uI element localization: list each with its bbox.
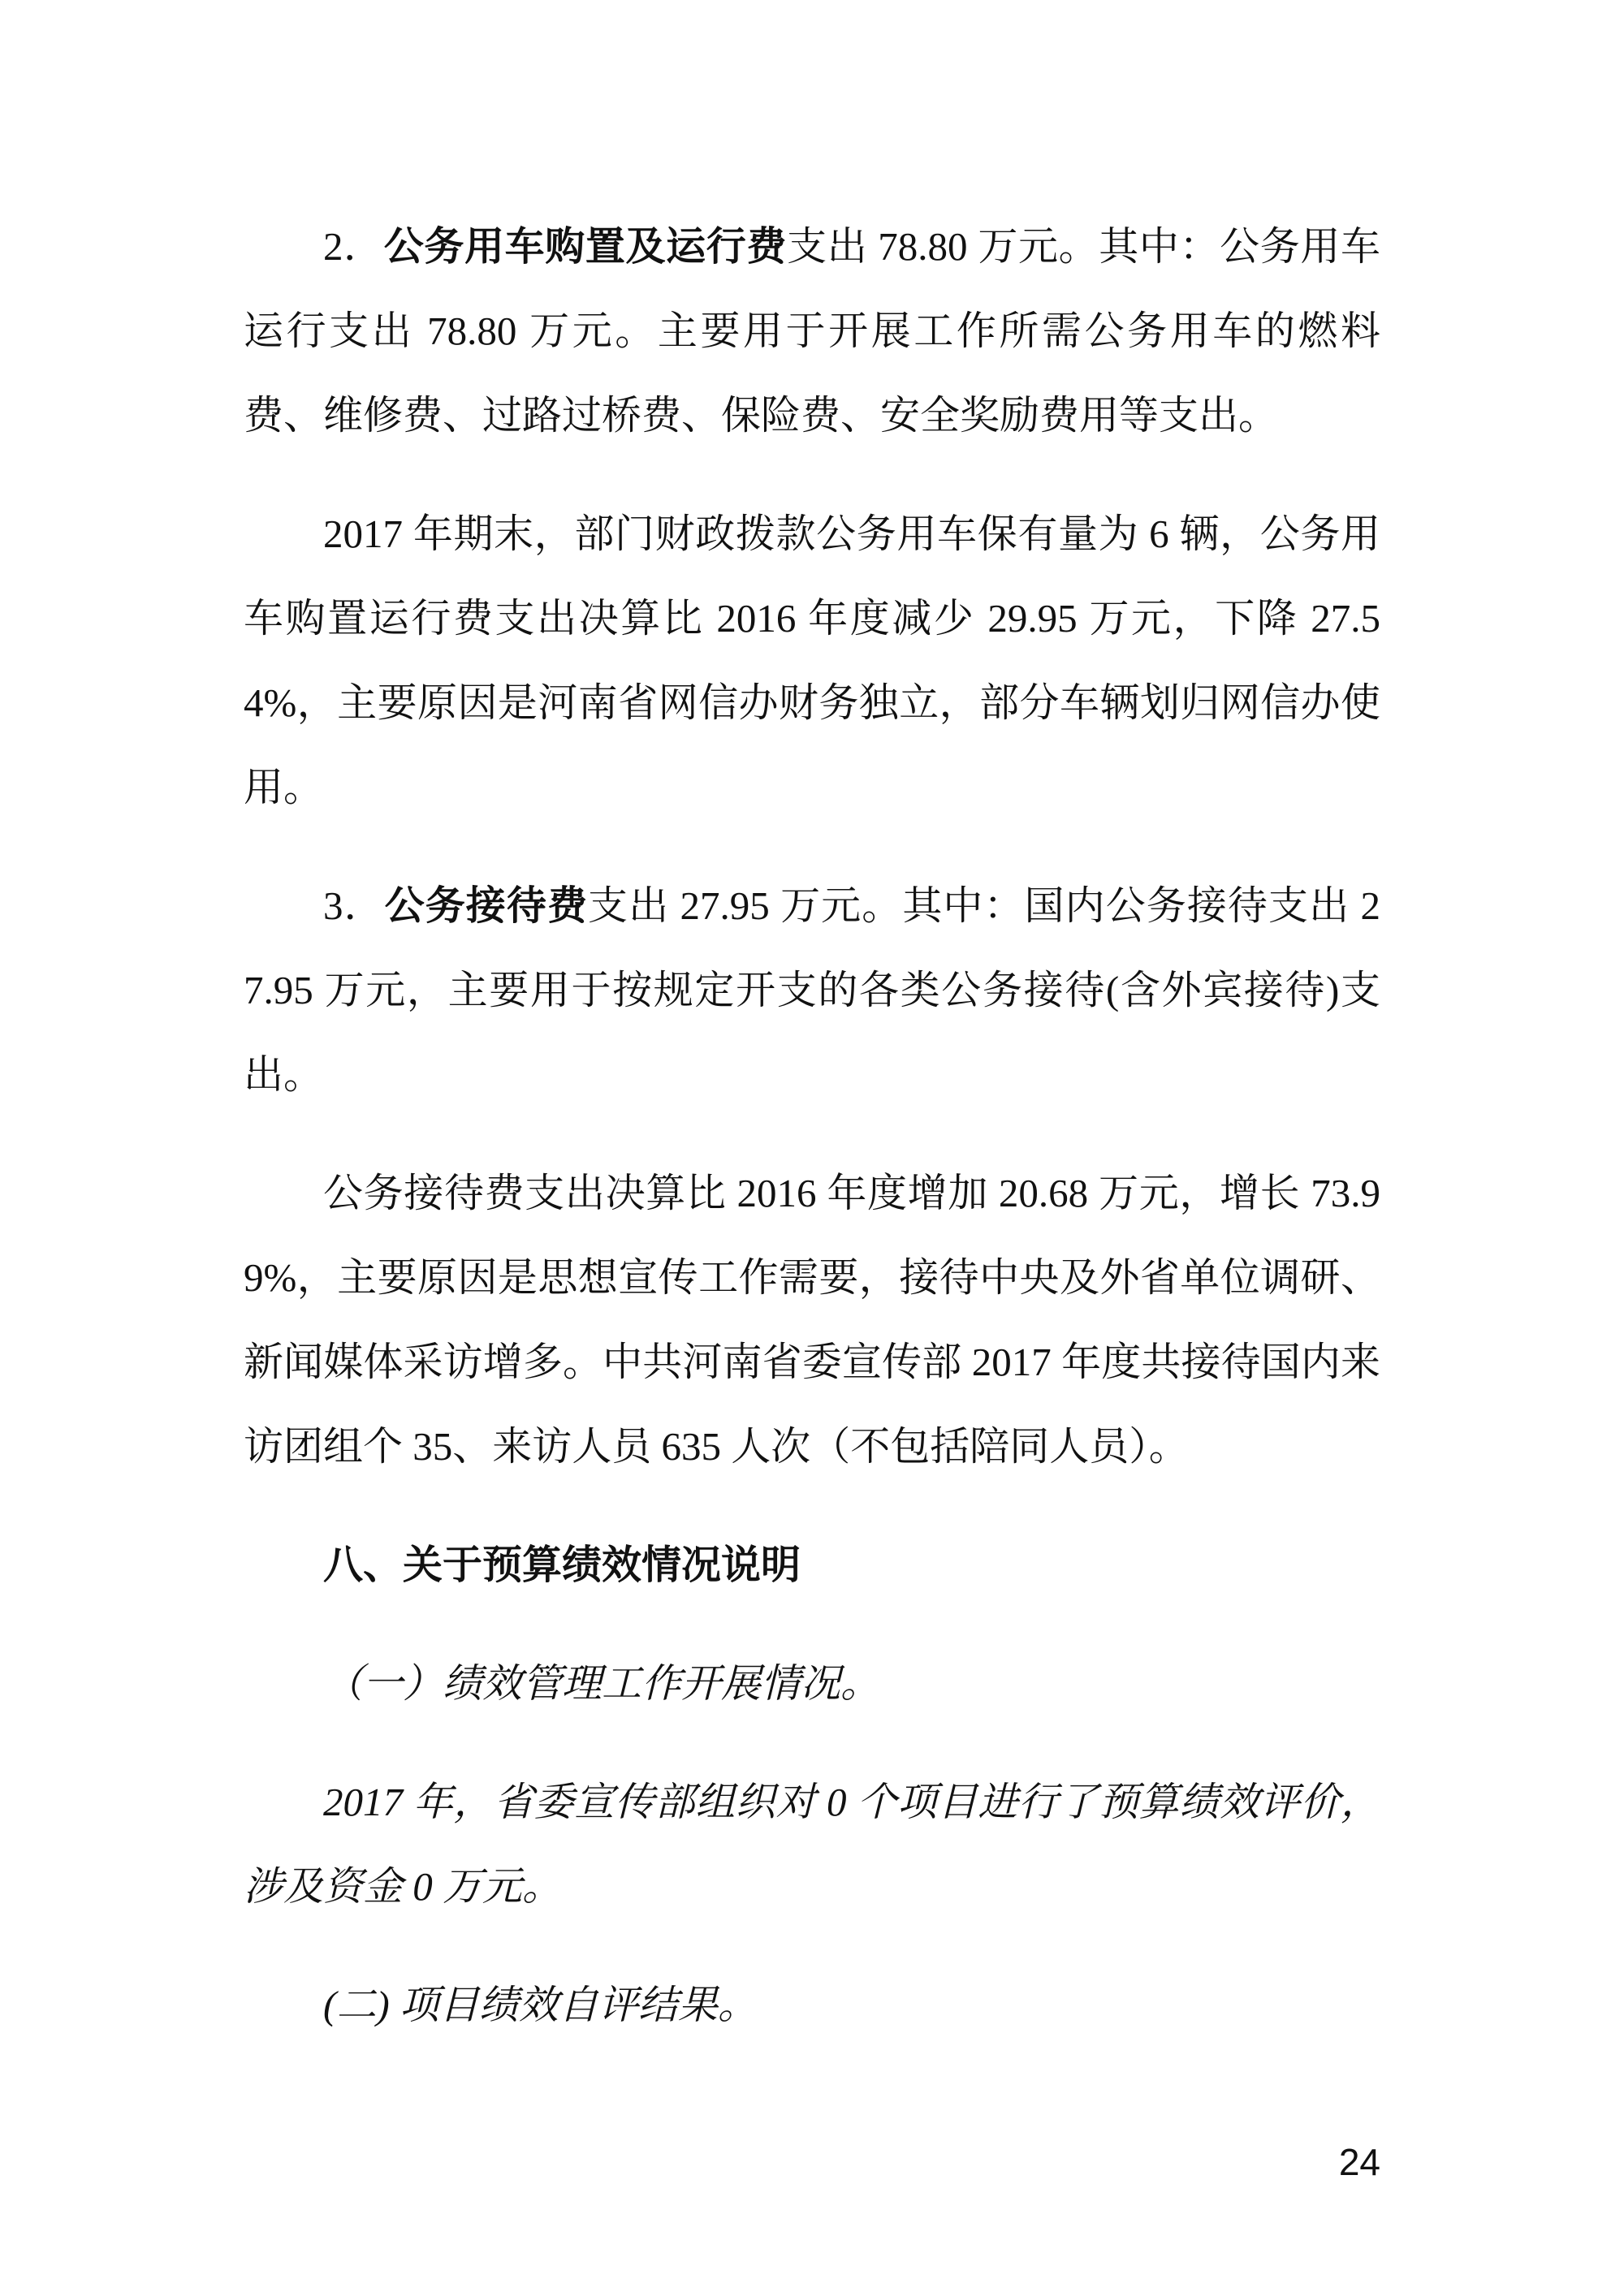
document-page: 2．公务用车购置及运行费支出 78.80 万元。其中：公务用车运行支出 78.8…: [0, 0, 1624, 2296]
paragraph-performance-evaluation: 2017 年，省委宣传部组织对 0 个项目进行了预算绩效评价，涉及资金 0 万元…: [244, 1760, 1380, 1929]
paragraph-vehicle-comparison: 2017 年期末，部门财政拨款公务用车保有量为 6 辆，公务用车购置运行费支出决…: [244, 492, 1380, 830]
subsection-heading-self-evaluation: (二) 项目绩效自评结果。: [244, 1963, 1380, 2048]
list-number: 2．: [323, 224, 384, 269]
expense-category-label: 公务用车购置及运行费: [384, 224, 787, 269]
list-number: 3．: [323, 883, 385, 928]
expense-category-label: 公务接待费: [385, 883, 588, 928]
section-heading-budget-performance: 八、关于预算绩效情况说明: [244, 1523, 1380, 1608]
page-number: 24: [1339, 2138, 1380, 2186]
paragraph-reception-comparison: 公务接待费支出决算比 2016 年度增加 20.68 万元，增长 73.99%，…: [244, 1151, 1380, 1489]
paragraph-reception-expense: 3．公务接待费支出 27.95 万元。其中：国内公务接待支出 27.95 万元，…: [244, 864, 1380, 1117]
document-body: 2．公务用车购置及运行费支出 78.80 万元。其中：公务用车运行支出 78.8…: [0, 0, 1624, 2048]
subsection-heading-performance-management: （一）绩效管理工作开展情况。: [244, 1642, 1380, 1726]
paragraph-vehicle-expense: 2．公务用车购置及运行费支出 78.80 万元。其中：公务用车运行支出 78.8…: [244, 205, 1380, 458]
